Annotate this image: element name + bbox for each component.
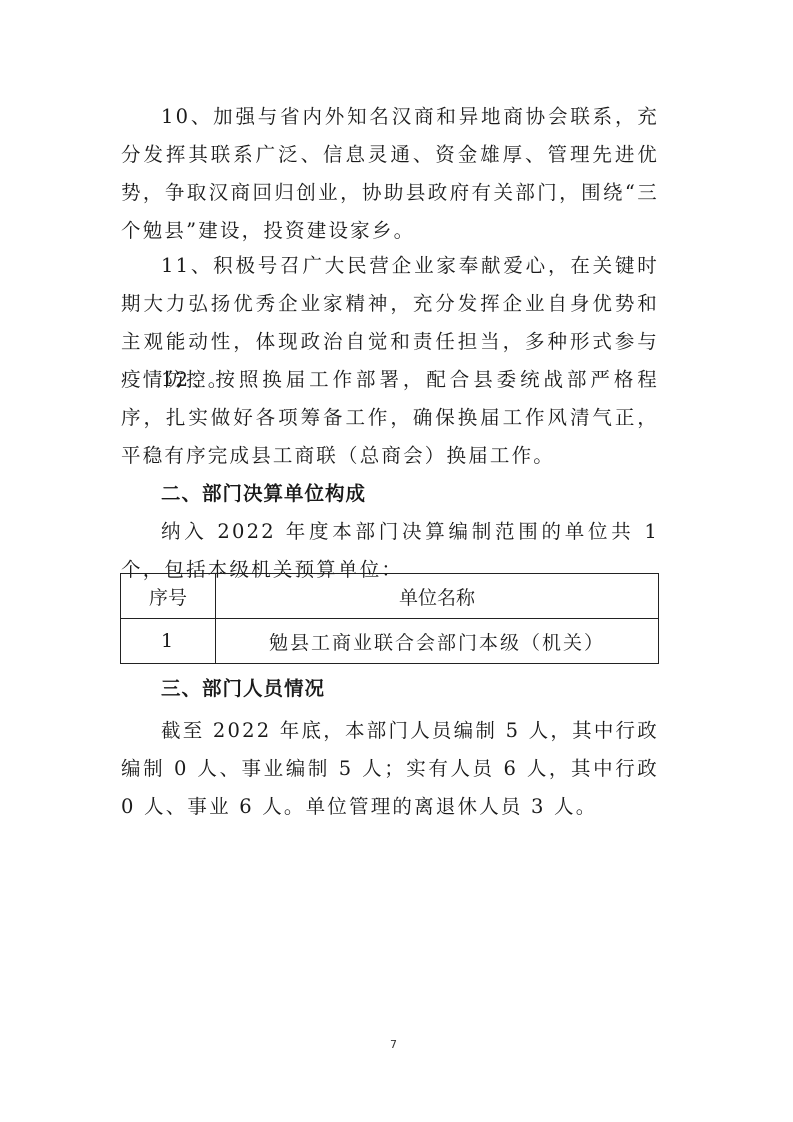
section-heading-staffing: 三、部门人员情况 <box>161 670 325 708</box>
table-cell-unit-name: 勉县工商业联合会部门本级（机关） <box>216 619 659 664</box>
document-page: 10、加强与省内外知名汉商和异地商协会联系，充分发挥其联系广泛、信息灵通、资金雄… <box>0 0 793 1122</box>
paragraph-item-10: 10、加强与省内外知名汉商和异地商协会联系，充分发挥其联系广泛、信息灵通、资金雄… <box>121 98 659 250</box>
table-header-row: 序号 单位名称 <box>121 574 659 619</box>
section-heading-unit-composition: 二、部门决算单位构成 <box>161 475 366 513</box>
table-row: 1 勉县工商业联合会部门本级（机关） <box>121 619 659 664</box>
staffing-paragraph: 截至 2022 年底，本部门人员编制 5 人，其中行政编制 0 人、事业编制 5… <box>121 712 659 826</box>
page-number: 7 <box>390 1038 397 1051</box>
table-header-index: 序号 <box>121 574 216 619</box>
table-header-unit-name: 单位名称 <box>216 574 659 619</box>
table-cell-index: 1 <box>121 619 216 664</box>
unit-table: 序号 单位名称 1 勉县工商业联合会部门本级（机关） <box>120 573 659 664</box>
paragraph-item-12: 12、按照换届工作部署，配合县委统战部严格程序，扎实做好各项筹备工作，确保换届工… <box>121 361 659 475</box>
